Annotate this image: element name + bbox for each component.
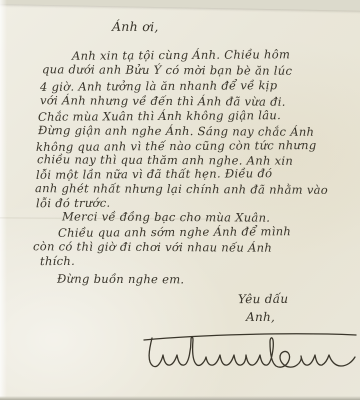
paper-top-edge [0,0,360,11]
letter-line: thích. [40,255,75,268]
letter-line: Chắc mùa Xuân thì Ánh không giận lâu. [38,109,281,124]
paper-bottom-edge [0,396,360,400]
letter-line: qua dưới anh Bửu Ý có mời bạn bè ăn lúc [42,63,292,78]
closing-love: Yêu dấu [238,293,288,306]
letter-line: Đừng giận anh nghe Ánh. Sáng nay chắc Án… [38,124,314,139]
signature [138,326,360,378]
closing-sender: Anh, [246,311,275,324]
letter-line: lỗi đó trước. [36,197,111,211]
letter-line: 4 giờ. Anh tưởng là ăn nhanh để về kịp [40,79,277,94]
letter-line: lỗi một lần nữa vì đã thất hẹn. Điều đó [36,167,272,182]
letter-line: Anh xin tạ tội cùng Ánh. Chiều hôm [72,48,290,63]
letter-line: anh ghét nhất nhưng lại chính anh đã nhằ… [35,182,328,197]
salutation: Ánh ơi, [112,20,159,33]
letter-line: Chiều qua anh sớm nghe Ánh để mình [58,225,291,240]
letter-line: còn có thì giờ đi chơi với nhau nếu Ánh [33,240,272,254]
letter-line: Merci về đồng bạc cho mùa Xuân. [62,210,270,224]
letter-paper: Ánh ơi, Anh xin tạ tội cùng Ánh. Chiều h… [0,0,360,400]
signature-scrawl-icon [138,326,360,378]
letter-line: với Ánh nhưng về đến thì Ánh đã vừa đi. [40,94,286,109]
paper-left-edge [0,0,7,400]
letter-line: Đừng buồn nghe em. [57,273,184,287]
